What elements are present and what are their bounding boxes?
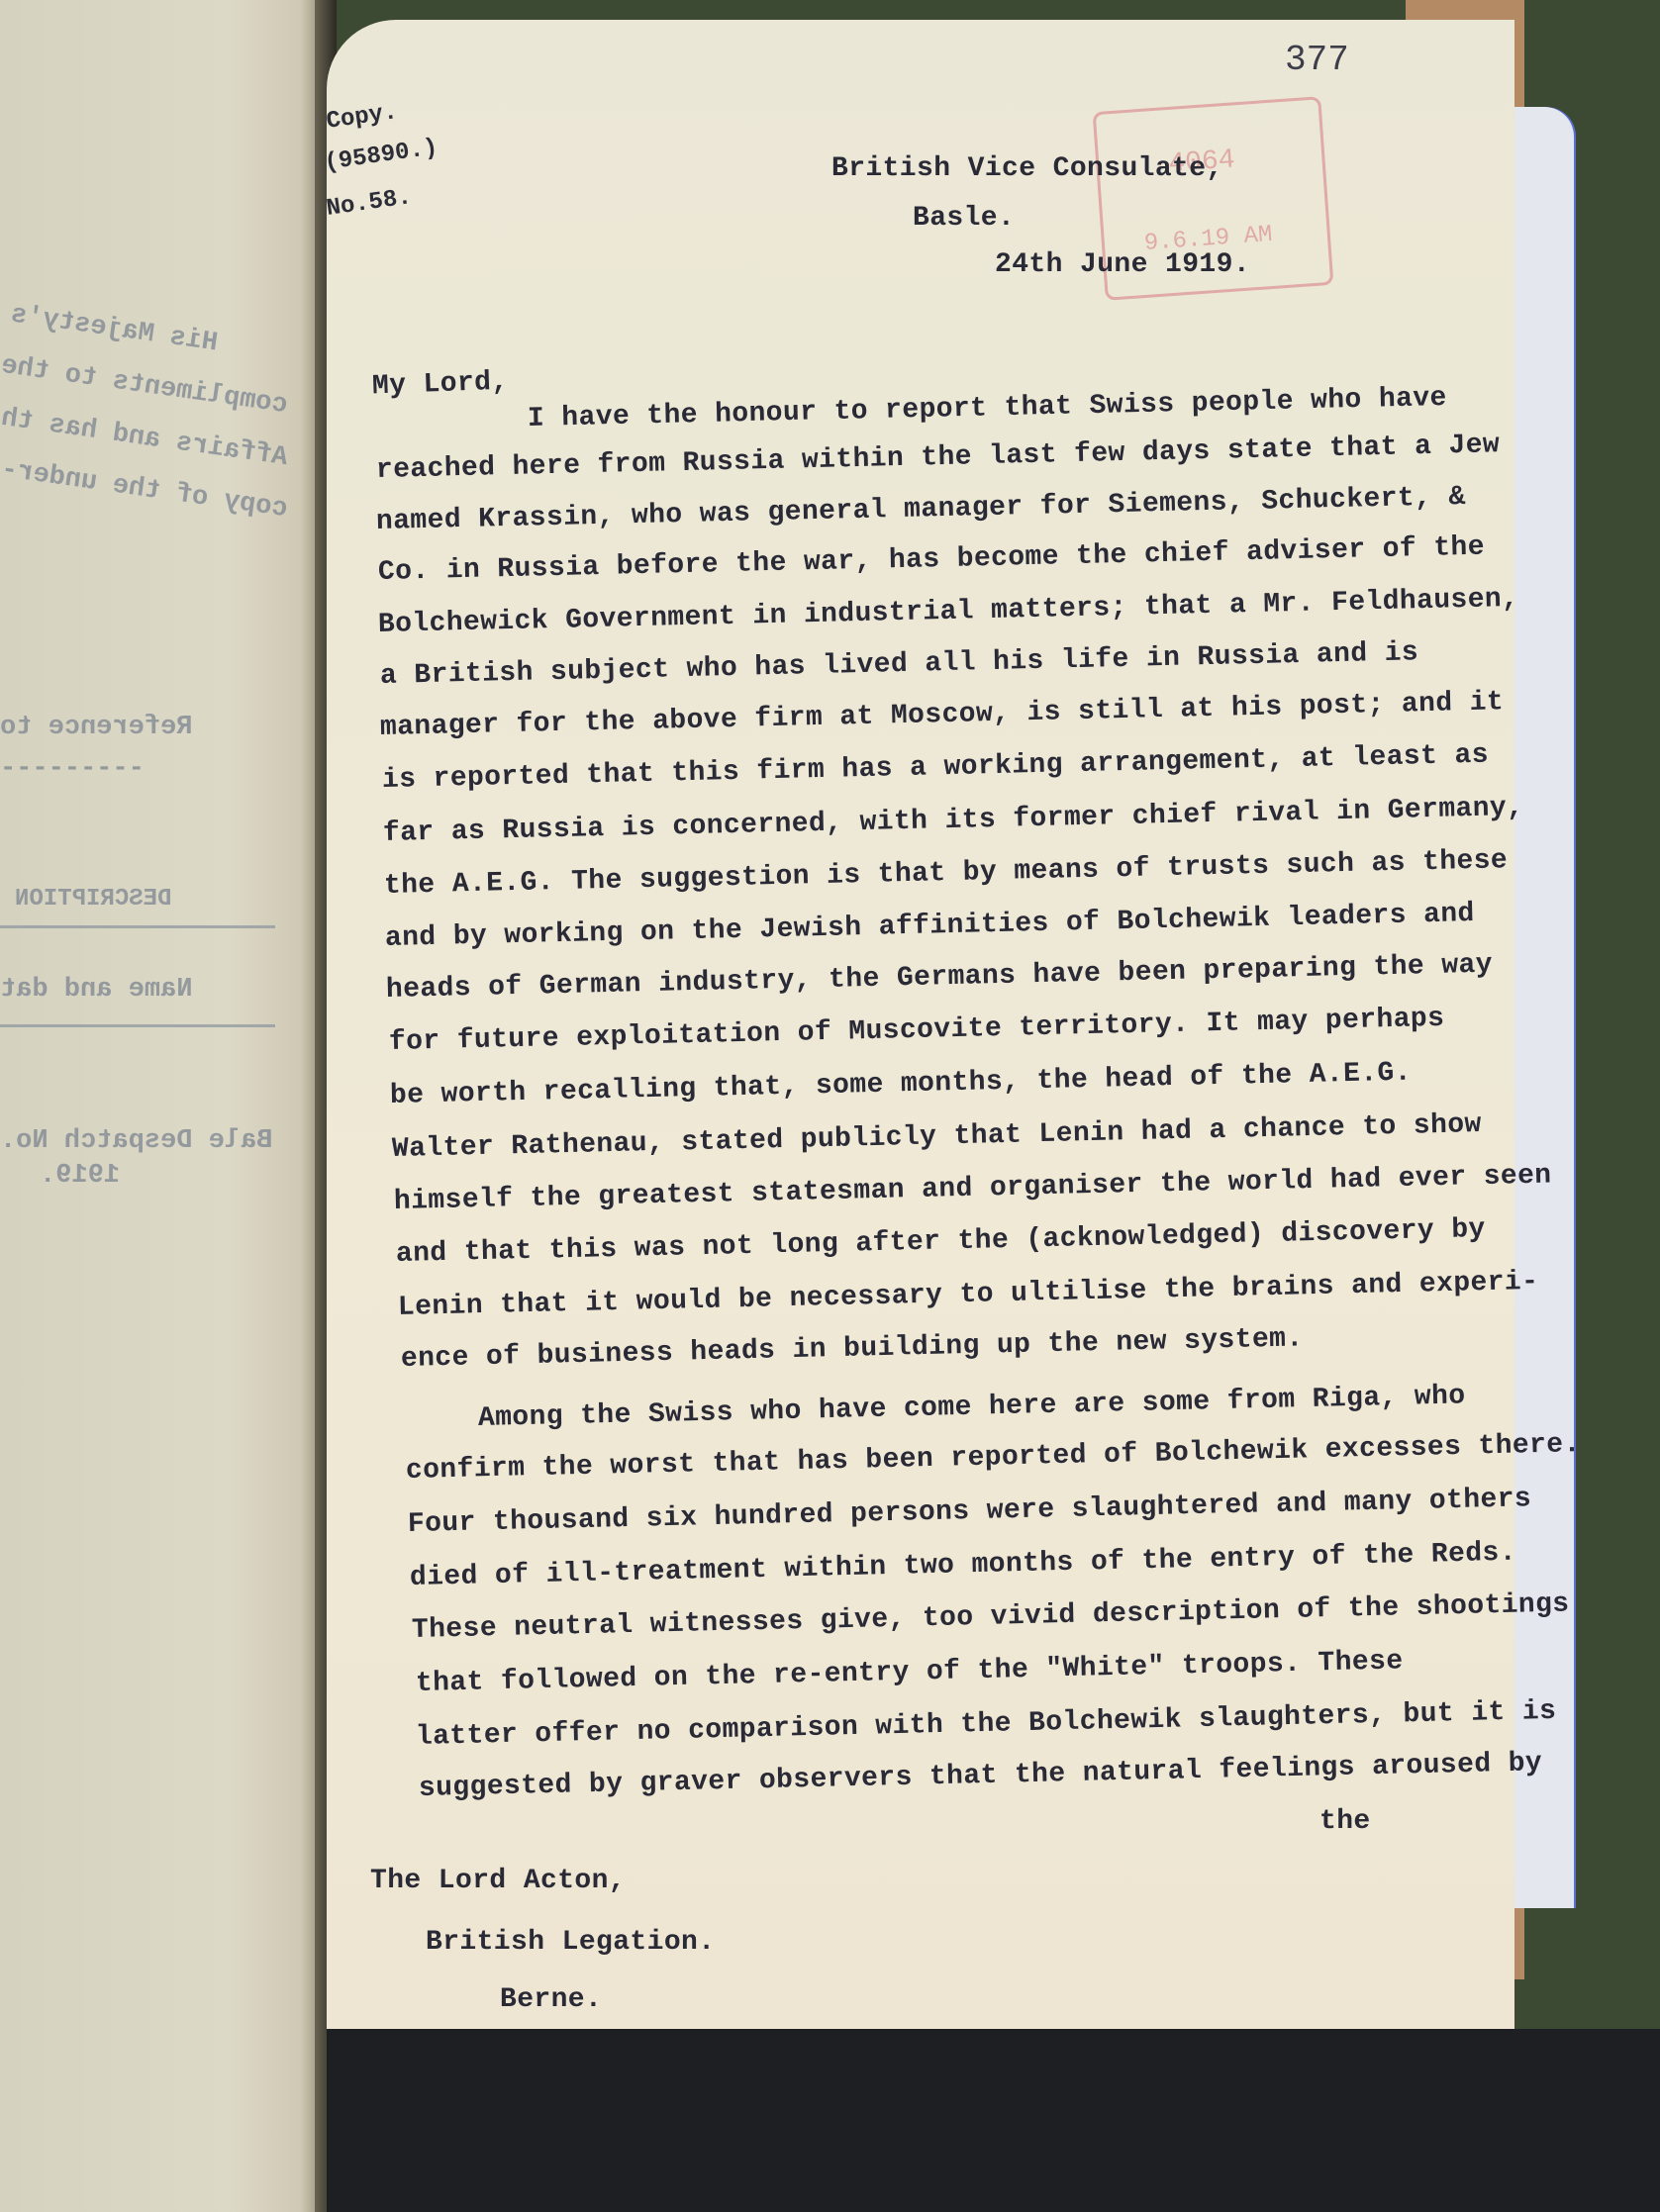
header-city: Basle. <box>913 203 1015 234</box>
addressee-legation: British Legation. <box>426 1927 715 1958</box>
mirrored-text: Bale Despatch No. <box>0 1126 272 1156</box>
catchword: the <box>1319 1806 1371 1837</box>
mirrored-text: His Majesty's <box>9 300 220 358</box>
mirrored-text: Reference to <box>0 713 192 742</box>
addressee-name: The Lord Acton, <box>370 1866 626 1896</box>
header-office: British Vice Consulate, <box>831 153 1223 184</box>
mirrored-text: Name and dat <box>0 975 192 1005</box>
mirrored-text: DESCRIPTION <box>15 886 171 913</box>
divider <box>0 1024 275 1027</box>
header-date: 24th June 1919. <box>995 249 1250 280</box>
facing-page: His Majesty's compliments to the Affairs… <box>0 0 327 2212</box>
mirrored-text: --------- <box>0 754 145 784</box>
salutation: My Lord, <box>372 367 510 403</box>
mirrored-text: 1919. <box>40 1161 120 1191</box>
background-shadow <box>327 2029 1660 2212</box>
divider <box>0 925 275 928</box>
folio-number: 377 <box>1285 40 1349 80</box>
addressee-city: Berne. <box>500 1984 602 2015</box>
